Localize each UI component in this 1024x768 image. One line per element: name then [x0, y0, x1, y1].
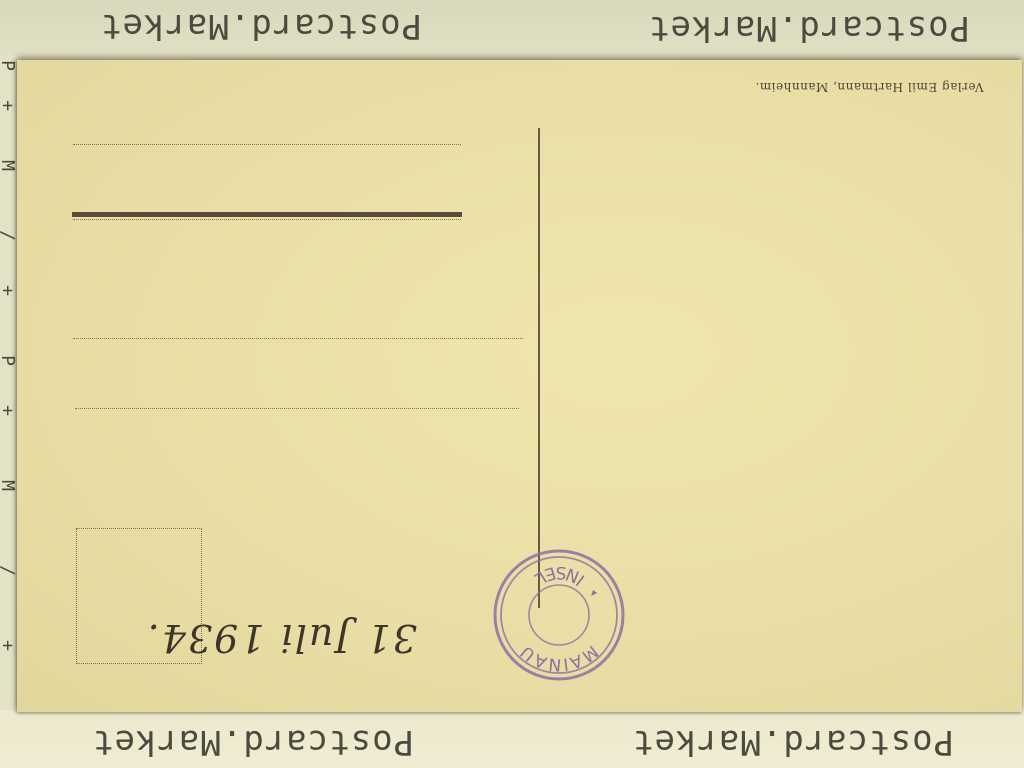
- address-line-1: [73, 144, 461, 145]
- handwritten-date: 31 Juli 1934.: [117, 600, 417, 660]
- watermark-bottom-right: Postcard.Market: [632, 722, 954, 762]
- side-mark: P: [0, 355, 18, 366]
- publisher-imprint: Verlag Emil Hartmann, Mannheim.: [755, 80, 984, 94]
- side-mark: M: [0, 160, 18, 171]
- postcard-back: Verlag Emil Hartmann, Mannheim. 31 Juli …: [17, 60, 1022, 712]
- svg-text:MAINAU: MAINAU: [516, 641, 601, 675]
- side-mark: +: [0, 285, 18, 296]
- side-mark: M: [0, 480, 18, 491]
- address-line-4: [75, 408, 519, 409]
- address-line-3: [73, 338, 523, 339]
- side-mark: +: [0, 640, 18, 651]
- side-mark: +: [0, 405, 18, 416]
- watermark-top-left: Postcard.Market: [100, 6, 422, 46]
- side-mark: /: [0, 230, 18, 241]
- watermark-top-right: Postcard.Market: [648, 8, 970, 48]
- side-mark: /: [0, 565, 18, 576]
- side-mark: P: [0, 60, 18, 71]
- address-line-2: [73, 219, 461, 220]
- address-line-bold: [72, 212, 462, 217]
- watermark-bottom-left: Postcard.Market: [92, 722, 414, 762]
- side-mark: +: [0, 100, 18, 111]
- center-divider-line: [538, 128, 540, 608]
- side-watermark-strip: P + M / + P + M / +: [0, 55, 18, 710]
- postmark-stamp: MAINAU INSEL: [491, 547, 627, 683]
